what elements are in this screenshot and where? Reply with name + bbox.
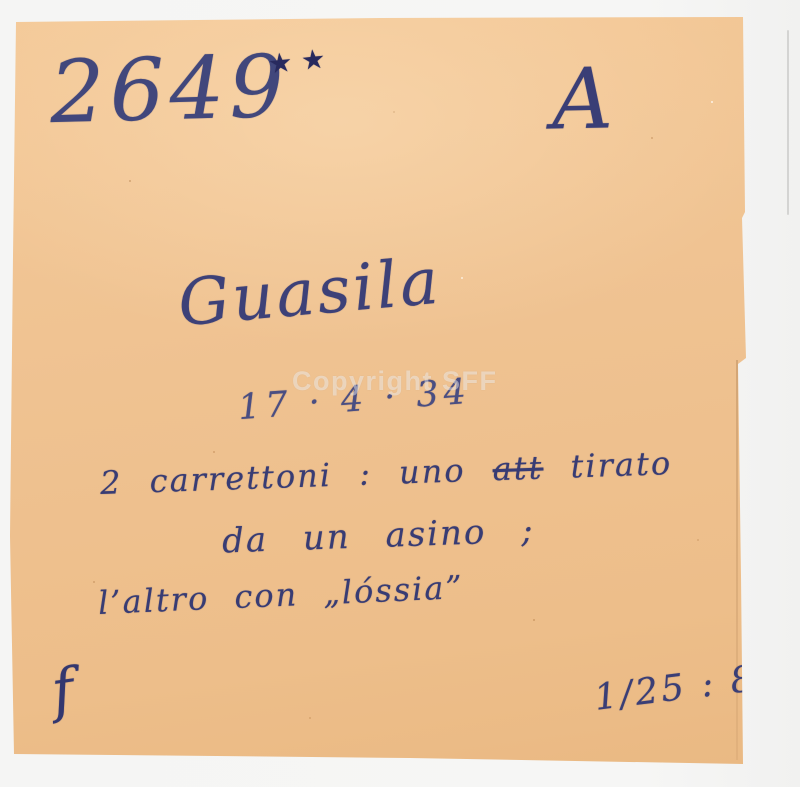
photographer-mark: f	[47, 655, 78, 725]
exposure-note: 1/25 : 8	[592, 658, 759, 719]
copyright-watermark: Copyright SFF	[292, 366, 497, 397]
background-sheet-edge	[787, 30, 789, 215]
note-line-1: 2 carrettoni : uno att tirato	[100, 444, 673, 502]
note-line-1-struck-word: att	[492, 449, 544, 489]
star-marks-icon: ★★	[267, 43, 336, 81]
photo-background: 2649 ★★ A Guasila 17 · 4 · 34 2 carretto…	[0, 0, 800, 787]
note-line-1-post: tirato	[543, 444, 673, 486]
note-line-2: da un asino ;	[221, 511, 535, 562]
note-line-1-pre: 2 carrettoni : uno	[100, 450, 494, 502]
catalog-number: 2649	[49, 37, 290, 143]
series-letter: A	[551, 49, 613, 148]
location-title: Guasila	[175, 245, 444, 342]
note-line-3: l’altro con „lóssia”	[97, 568, 464, 622]
